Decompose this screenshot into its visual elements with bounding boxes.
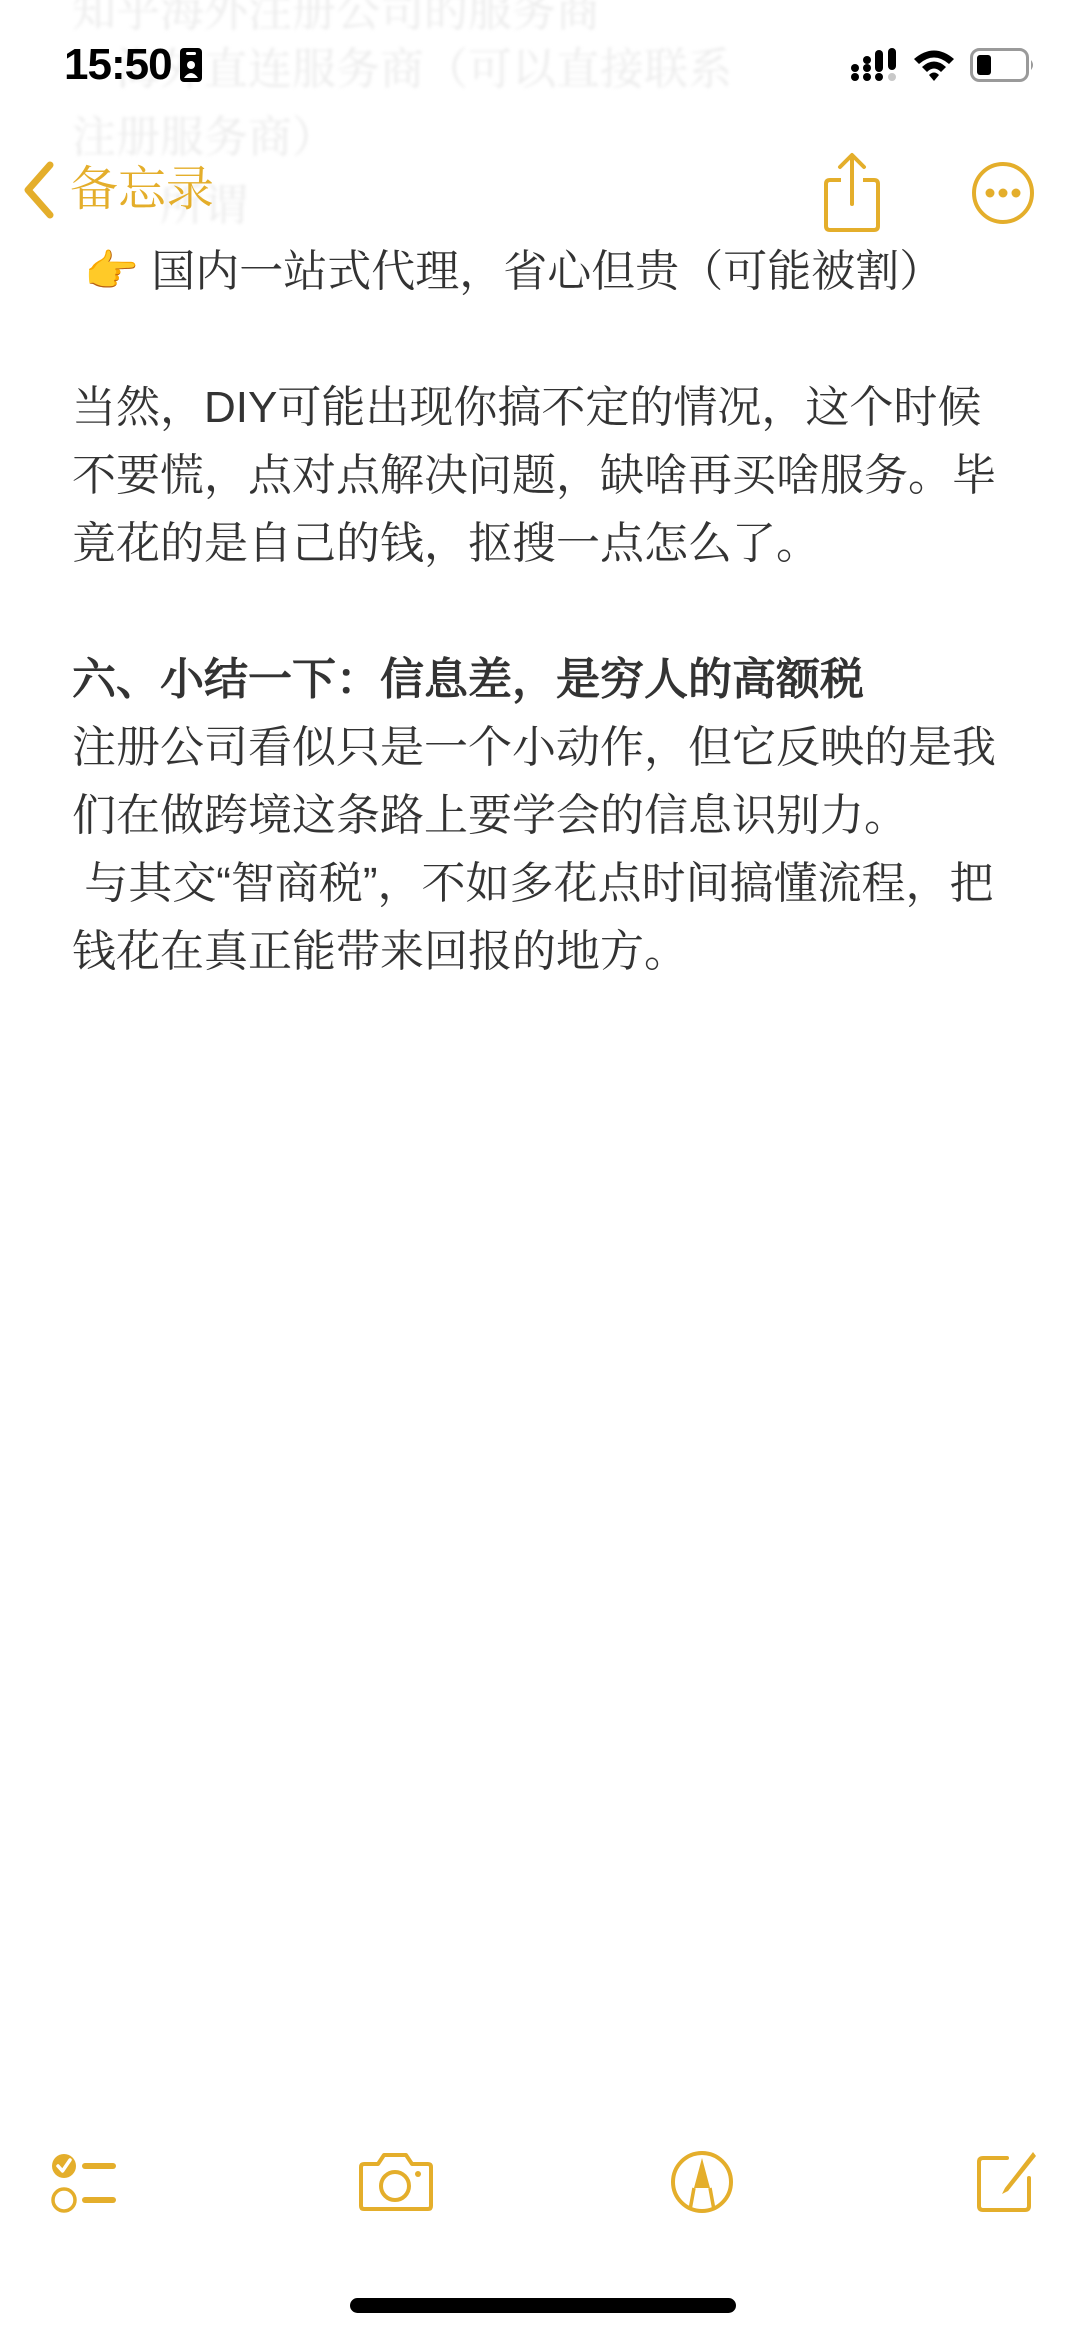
status-indicators (850, 48, 1036, 82)
more-icon (970, 160, 1036, 226)
share-icon (822, 152, 882, 234)
battery-icon (970, 48, 1036, 82)
back-button[interactable]: 备忘录 (22, 158, 214, 222)
wifi-icon (912, 48, 956, 82)
markup-icon (670, 2150, 734, 2214)
note-blank-line (72, 306, 1022, 374)
compose-icon (975, 2148, 1037, 2214)
markup-button[interactable] (670, 2150, 734, 2219)
home-indicator[interactable] (350, 2298, 736, 2313)
checklist-button[interactable] (50, 2152, 120, 2221)
compose-button[interactable] (975, 2148, 1037, 2219)
share-button[interactable] (822, 152, 882, 239)
back-label: 备忘录 (70, 158, 214, 222)
camera-button[interactable] (358, 2152, 434, 2217)
note-paragraph: 👉 国内一站式代理，省心但贵（可能被割） (72, 238, 1022, 306)
note-body[interactable]: 👉 国内一站式代理，省心但贵（可能被割） 当然，DIY可能出现你搞不定的情况，这… (72, 238, 1022, 986)
person-card-icon (180, 48, 202, 82)
note-blank-line (72, 578, 1022, 646)
note-paragraph: 注册公司看似只是一个小动作，但它反映的是我们在做跨境这条路上要学会的信息识别力。 (72, 714, 1022, 850)
status-time: 15:50 (64, 40, 202, 90)
note-paragraph: 与其交“智商税”，不如多花点时间搞懂流程，把钱花在真正能带来回报的地方。 (72, 850, 1022, 986)
cellular-signal-icon (850, 48, 898, 82)
note-paragraph: 当然，DIY可能出现你搞不定的情况，这个时候不要慌，点对点解决问题，缺啥再买啥服… (72, 374, 1022, 578)
more-button[interactable] (970, 160, 1036, 231)
camera-icon (358, 2152, 434, 2212)
checklist-icon (50, 2152, 120, 2216)
status-time-text: 15:50 (64, 40, 172, 90)
note-section-heading: 六、小结一下：信息差，是穷人的高额税 (72, 646, 1022, 714)
chevron-left-icon (22, 161, 56, 219)
